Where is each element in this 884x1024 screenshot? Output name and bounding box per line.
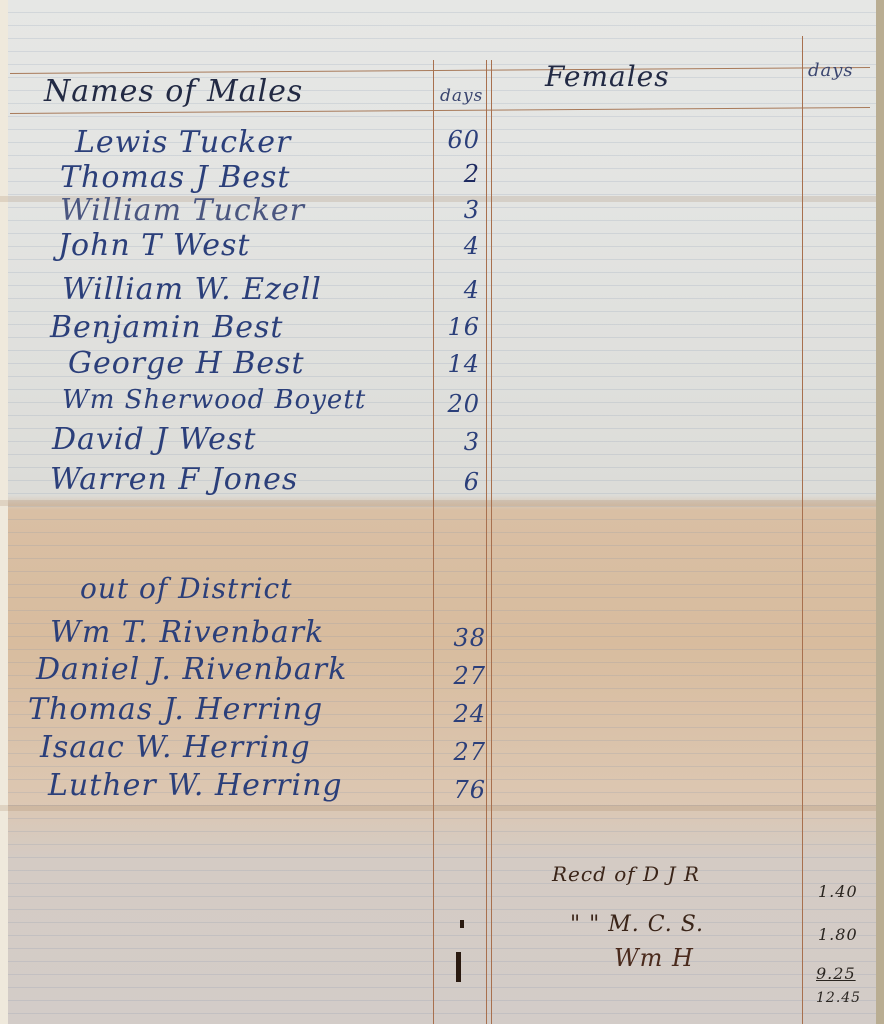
male-days: 6	[430, 468, 480, 496]
page-edge	[0, 0, 8, 1024]
ood-name: Daniel J. Rivenbark	[36, 652, 347, 687]
ink-mark	[460, 920, 464, 928]
male-name: Wm Sherwood Boyett	[62, 385, 366, 415]
ood-days: 27	[436, 662, 486, 690]
male-name: Thomas J Best	[60, 160, 290, 195]
fold-line	[0, 805, 876, 811]
male-name: Benjamin Best	[50, 310, 283, 345]
males-days-header: days	[440, 86, 483, 106]
male-days: 20	[430, 390, 480, 418]
females-header: Females	[545, 60, 670, 93]
ink-mark	[456, 952, 461, 982]
ood-name: Luther W. Herring	[48, 768, 343, 803]
male-days: 4	[430, 276, 480, 304]
male-name: George H Best	[68, 346, 305, 381]
male-name: Lewis Tucker	[75, 125, 291, 160]
column-divider	[802, 36, 803, 1024]
receipt-amount: 9.25	[816, 964, 856, 983]
ood-days: 24	[436, 700, 486, 728]
fold-line	[0, 500, 876, 506]
male-days: 3	[430, 428, 480, 456]
ood-name: Thomas J. Herring	[28, 692, 323, 727]
column-divider	[491, 60, 492, 1024]
male-name: David J West	[52, 422, 256, 457]
male-name: William Tucker	[60, 193, 305, 228]
male-name: Warren F Jones	[50, 462, 298, 497]
receipt-label: Wm H	[614, 944, 694, 972]
male-name: John T West	[58, 228, 250, 263]
ood-days: 27	[436, 738, 486, 766]
male-days: 2	[430, 160, 480, 188]
receipt-label: Recd of D J R	[552, 862, 700, 886]
ood-name: Wm T. Rivenbark	[50, 615, 324, 650]
males-header: Names of Males	[44, 74, 303, 109]
females-days-header: days	[808, 60, 854, 81]
receipts-total: 12.45	[816, 990, 861, 1006]
ood-days: 38	[436, 624, 486, 652]
receipt-amount: 1.80	[818, 925, 858, 944]
male-name: William W. Ezell	[62, 272, 322, 307]
out-of-district-heading: out of District	[80, 572, 292, 605]
receipt-amount: 1.40	[818, 882, 858, 901]
header-rule-top	[10, 67, 870, 74]
male-days: 16	[430, 313, 480, 341]
ood-name: Isaac W. Herring	[40, 730, 311, 765]
ledger-page: Names of Males days Females days Lewis T…	[0, 0, 876, 1024]
bleed-through-text	[160, 885, 170, 920]
ood-days: 76	[436, 776, 486, 804]
male-days: 60	[430, 126, 480, 154]
column-divider	[486, 60, 487, 1024]
male-days: 3	[430, 196, 480, 224]
receipt-label: " " M. C. S.	[570, 912, 704, 937]
male-days: 4	[430, 232, 480, 260]
male-days: 14	[430, 350, 480, 378]
